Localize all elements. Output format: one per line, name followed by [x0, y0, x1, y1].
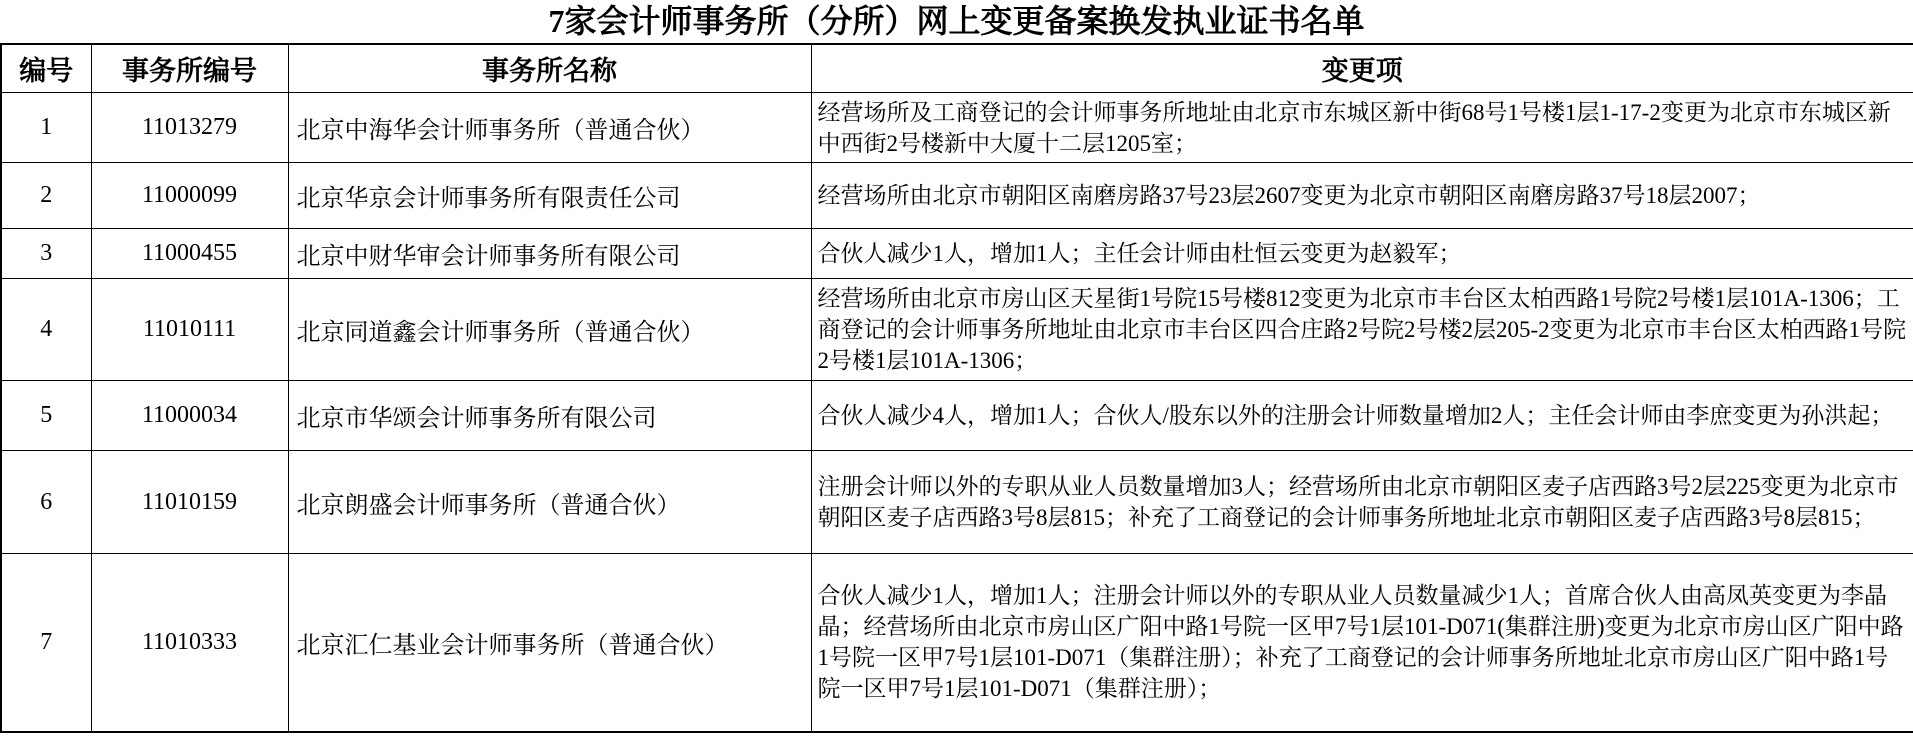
table-header-row: 编号 事务所编号 事务所名称 变更项	[1, 44, 1913, 93]
firm-name-cell: 北京同道鑫会计师事务所（普通合伙）	[288, 279, 811, 381]
firm-id-cell: 11010333	[91, 554, 288, 732]
changes-cell: 合伙人减少1人，增加1人；注册会计师以外的专职从业人员数量减少1人；首席合伙人由…	[811, 554, 1913, 732]
row-no-cell: 5	[1, 381, 91, 451]
table-row: 6 11010159 北京朗盛会计师事务所（普通合伙） 注册会计师以外的专职从业…	[1, 451, 1913, 554]
col-header-firm-id: 事务所编号	[91, 44, 288, 93]
firm-name-cell: 北京中海华会计师事务所（普通合伙）	[288, 93, 811, 163]
firm-name-cell: 北京市华颂会计师事务所有限公司	[288, 381, 811, 451]
table-row: 2 11000099 北京华京会计师事务所有限责任公司 经营场所由北京市朝阳区南…	[1, 163, 1913, 229]
changes-cell: 经营场所及工商登记的会计师事务所地址由北京市东城区新中街68号1号楼1层1-17…	[811, 93, 1913, 163]
firm-id-cell: 11010159	[91, 451, 288, 554]
row-no-cell: 6	[1, 451, 91, 554]
firm-id-cell: 11000034	[91, 381, 288, 451]
table-row: 1 11013279 北京中海华会计师事务所（普通合伙） 经营场所及工商登记的会…	[1, 93, 1913, 163]
page-title: 7家会计师事务所（分所）网上变更备案换发执业证书名单	[0, 0, 1913, 43]
row-no-cell: 4	[1, 279, 91, 381]
table-row: 4 11010111 北京同道鑫会计师事务所（普通合伙） 经营场所由北京市房山区…	[1, 279, 1913, 381]
firm-change-table: 编号 事务所编号 事务所名称 变更项 1 11013279 北京中海华会计师事务…	[0, 43, 1913, 733]
table-row: 5 11000034 北京市华颂会计师事务所有限公司 合伙人减少4人，增加1人；…	[1, 381, 1913, 451]
firm-name-cell: 北京华京会计师事务所有限责任公司	[288, 163, 811, 229]
changes-cell: 经营场所由北京市房山区天星街1号院15号楼812变更为北京市丰台区太柏西路1号院…	[811, 279, 1913, 381]
col-header-changes: 变更项	[811, 44, 1913, 93]
row-no-cell: 2	[1, 163, 91, 229]
row-no-cell: 3	[1, 229, 91, 279]
firm-id-cell: 11010111	[91, 279, 288, 381]
row-no-cell: 7	[1, 554, 91, 732]
firm-name-cell: 北京汇仁基业会计师事务所（普通合伙）	[288, 554, 811, 732]
changes-cell: 合伙人减少1人，增加1人；主任会计师由杜恒云变更为赵毅军；	[811, 229, 1913, 279]
col-header-firm-name: 事务所名称	[288, 44, 811, 93]
table-row: 3 11000455 北京中财华审会计师事务所有限公司 合伙人减少1人，增加1人…	[1, 229, 1913, 279]
firm-name-cell: 北京朗盛会计师事务所（普通合伙）	[288, 451, 811, 554]
row-no-cell: 1	[1, 93, 91, 163]
document-page: 7家会计师事务所（分所）网上变更备案换发执业证书名单 编号 事务所编号 事务所名…	[0, 0, 1913, 733]
firm-id-cell: 11013279	[91, 93, 288, 163]
table-row: 7 11010333 北京汇仁基业会计师事务所（普通合伙） 合伙人减少1人，增加…	[1, 554, 1913, 732]
firm-name-cell: 北京中财华审会计师事务所有限公司	[288, 229, 811, 279]
changes-cell: 经营场所由北京市朝阳区南磨房路37号23层2607变更为北京市朝阳区南磨房路37…	[811, 163, 1913, 229]
col-header-no: 编号	[1, 44, 91, 93]
firm-id-cell: 11000099	[91, 163, 288, 229]
changes-cell: 注册会计师以外的专职从业人员数量增加3人；经营场所由北京市朝阳区麦子店西路3号2…	[811, 451, 1913, 554]
changes-cell: 合伙人减少4人，增加1人；合伙人/股东以外的注册会计师数量增加2人；主任会计师由…	[811, 381, 1913, 451]
firm-id-cell: 11000455	[91, 229, 288, 279]
